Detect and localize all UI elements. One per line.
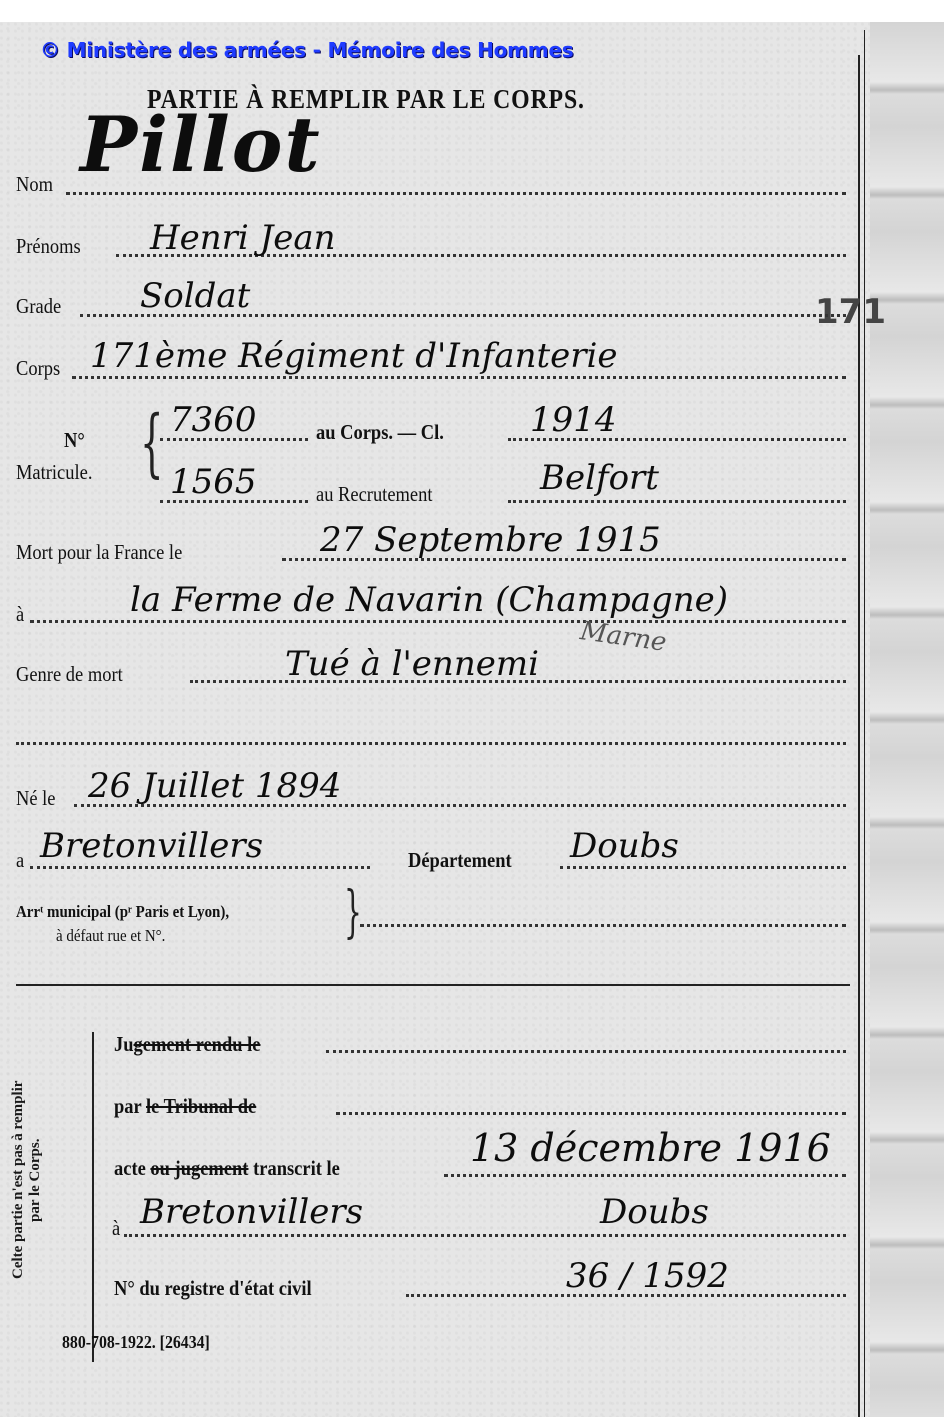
nom-label: Nom	[16, 172, 53, 197]
jugement-line	[326, 1050, 846, 1053]
margin-stamp: 171	[815, 292, 886, 332]
transcrit-label: acte ou jugement transcrit le	[114, 1156, 340, 1181]
recrutement-place-line	[508, 500, 846, 503]
genre-mort-value: Tué à l'ennemi	[285, 644, 539, 684]
document-page	[0, 22, 870, 1417]
section-bracket	[92, 1032, 94, 1362]
transcrit-a-departement: Doubs	[600, 1192, 709, 1232]
arrondissement-label-2: à défaut rue et N°.	[56, 926, 165, 946]
registre-value: 36 / 1592	[566, 1256, 729, 1296]
nom-value: Pillot	[80, 100, 322, 189]
page-border-line	[858, 55, 860, 1417]
transcrit-line	[444, 1174, 846, 1177]
ne-a-value: Bretonvillers	[40, 826, 263, 866]
transcrit-a-label: à	[112, 1216, 120, 1241]
corps-label: Corps	[16, 356, 60, 381]
registre-label: N° du registre d'état civil	[114, 1276, 312, 1301]
grade-value: Soldat	[140, 276, 250, 316]
mort-le-value: 27 Septembre 1915	[320, 520, 661, 560]
arrondissement-line	[360, 924, 846, 927]
brace: }	[344, 880, 362, 945]
departement-line	[560, 866, 846, 869]
mort-le-label: Mort pour la France le	[16, 540, 182, 565]
copyright-watermark: © Ministère des armées - Mémoire des Hom…	[40, 38, 574, 62]
mort-a-value: la Ferme de Navarin (Champagne)	[130, 580, 728, 620]
departement-value: Doubs	[570, 826, 679, 866]
brace: {	[140, 400, 164, 486]
recrutement-place-value: Belfort	[540, 458, 659, 498]
ne-a-label: a	[16, 848, 24, 873]
transcrit-a-line	[124, 1234, 846, 1237]
ne-a-line	[30, 866, 370, 869]
au-corps-value: 7360	[170, 400, 257, 440]
transcrit-a-commune: Bretonvillers	[140, 1192, 363, 1232]
recrutement-value: 1565	[170, 462, 257, 502]
mort-a-line	[30, 620, 846, 623]
no-label: N°	[64, 428, 85, 453]
grade-label: Grade	[16, 294, 61, 319]
corps-value: 171ème Régiment d'Infanterie	[90, 336, 618, 376]
section-divider	[16, 984, 850, 986]
footer-code: 880-708-1922. [26434]	[62, 1332, 210, 1353]
prenoms-value: Henri Jean	[150, 218, 336, 258]
ne-le-value: 26 Juillet 1894	[88, 766, 341, 806]
ne-le-label: Né le	[16, 786, 56, 811]
genre-mort-label: Genre de mort	[16, 662, 123, 687]
departement-label: Département	[408, 848, 512, 873]
adjacent-pages-edge	[870, 22, 944, 1417]
mort-a-label: à	[16, 602, 24, 627]
arrondissement-label-1: Arrᵗ municipal (pʳ Paris et Lyon),	[16, 902, 229, 922]
page-border-line	[864, 30, 865, 1417]
au-corps-label: au Corps. — Cl.	[316, 420, 444, 445]
prenoms-label: Prénoms	[16, 234, 81, 259]
tribunal-label: par le Tribunal de	[114, 1094, 256, 1119]
corps-line	[72, 376, 846, 379]
side-note: Celte partie n'est pas à remplir par le …	[10, 1080, 110, 1280]
jugement-label: Jugement rendu le	[114, 1032, 260, 1057]
tribunal-line	[336, 1112, 846, 1115]
recrutement-label: au Recrutement	[316, 482, 432, 507]
blank-line	[16, 742, 846, 745]
nom-line	[66, 192, 846, 195]
transcrit-value: 13 décembre 1916	[470, 1126, 831, 1170]
classe-value: 1914	[530, 400, 617, 440]
matricule-label: Matricule.	[16, 460, 92, 485]
